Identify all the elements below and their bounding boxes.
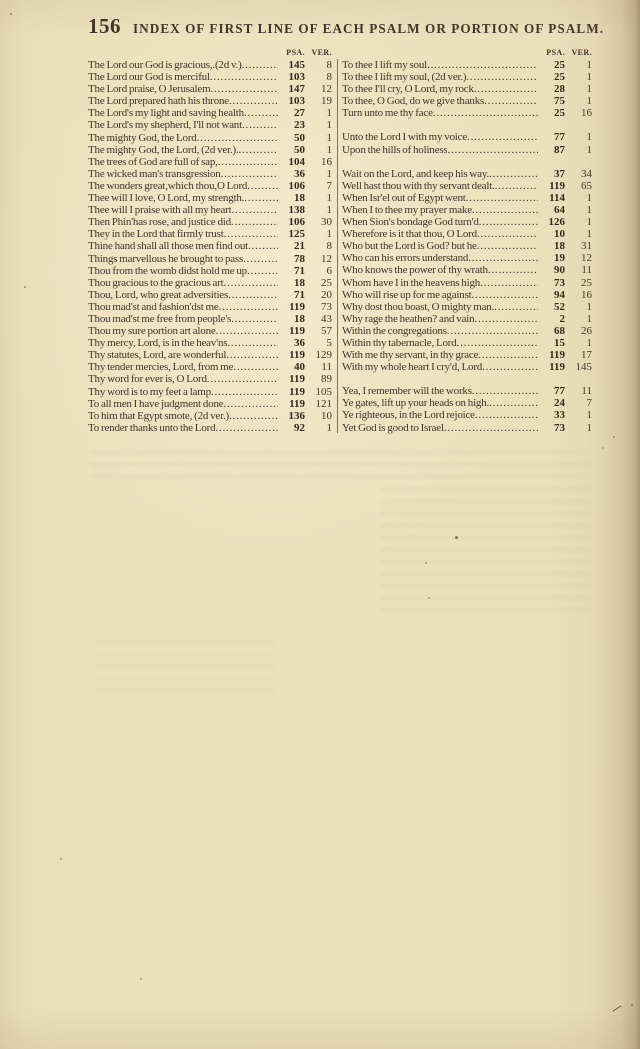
column-divider [337, 59, 338, 433]
entry-first-line: Wait on the Lord, and keep his way. [342, 168, 489, 180]
entry-first-line: Upon the hills of holiness [342, 144, 447, 156]
index-entry: When Sion's bondage God turn'd 126 1 [342, 216, 592, 228]
entry-first-line: To thee I lift my soul [342, 59, 427, 71]
psalm-number: 18 [278, 277, 305, 289]
verse-number: 11 [565, 385, 592, 397]
index-entry: To thee, O God, do we give thanks 75 1 [342, 95, 592, 107]
dot-leader [210, 83, 278, 95]
index-entry: Why rage the heathen? and vain 2 1 [342, 313, 592, 325]
column-header-left: PSA. VER. [88, 48, 332, 57]
psalm-number: 90 [538, 264, 565, 276]
psalm-number: 21 [278, 240, 305, 252]
entry-first-line: Within thy tabernacle, Lord [342, 337, 457, 349]
verse-number: 25 [565, 277, 592, 289]
index-entry: The Lord our God is gracious,.(2d v.) 14… [88, 59, 332, 71]
psalm-number: 94 [538, 289, 565, 301]
page-number: 156 [88, 14, 121, 39]
dot-leader [231, 204, 278, 216]
psalm-number: 37 [538, 168, 565, 180]
psalm-number: 119 [538, 349, 565, 361]
psalm-number: 119 [278, 373, 305, 385]
index-entry: Whom have I in the heavens high 73 25 [342, 277, 592, 289]
index-entry: The Lord our God is merciful 103 8 [88, 71, 332, 83]
index-entry: To all men I have judgment done 119 121 [88, 398, 332, 410]
index-entry: To thee I lift my soul 25 1 [342, 59, 592, 71]
entry-first-line: To thee I'll cry, O Lord, my rock [342, 83, 474, 95]
entry-first-line: Then Phin'has rose, and justice did [88, 216, 231, 228]
dot-leader [495, 180, 538, 192]
index-entry: Who but the Lord is God? but he 18 31 [342, 240, 592, 252]
verse-number: 34 [565, 168, 592, 180]
psalm-number: 25 [538, 107, 565, 119]
dot-leader [472, 204, 538, 216]
psalm-number: 125 [278, 228, 305, 240]
verse-number: 43 [305, 313, 332, 325]
psalm-number: 36 [278, 168, 305, 180]
paper-speck [428, 597, 430, 599]
entry-first-line: The wonders great,which thou,O Lord [88, 180, 247, 192]
psalm-number: 106 [278, 216, 305, 228]
dot-leader [223, 398, 278, 410]
dot-leader [229, 95, 278, 107]
index-entry: Ye gates, lift up your heads on high. 24… [342, 397, 592, 409]
entry-first-line: Things marvellous he brought to pass [88, 253, 243, 265]
index-entry: Thou, Lord, who great adversities 71 20 [88, 289, 332, 301]
verse-number: 16 [305, 156, 332, 168]
dot-leader [479, 216, 538, 228]
index-entry: Who will rise up for me against 94 16 [342, 289, 592, 301]
index-entry: Thine hand shall all those men find out … [88, 240, 332, 252]
index-entry: To him that Egypt smote, (2d ver.) 136 1… [88, 410, 332, 422]
entry-first-line: Thine hand shall all those men find out [88, 240, 248, 252]
entry-first-line: Ye righteous, in the Lord rejoice [342, 409, 475, 421]
verse-number: 89 [305, 373, 332, 385]
entry-group: The Lord our God is gracious,.(2d v.) 14… [88, 59, 332, 434]
dot-leader [482, 361, 538, 373]
paper-speck [631, 1004, 633, 1006]
entry-first-line: The wicked man's transgression [88, 168, 221, 180]
psalm-number: 73 [538, 422, 565, 434]
dot-leader [472, 289, 539, 301]
entry-first-line: The Lord praise, O Jerusalem [88, 83, 210, 95]
psalm-number: 119 [278, 349, 305, 361]
book-page: 156 INDEX OF FIRST LINE OF EACH PSALM OR… [0, 0, 640, 1049]
paper-scratch [612, 1005, 621, 1011]
psalm-number: 103 [278, 95, 305, 107]
index-entry: With me thy servant, in thy grace 119 17 [342, 349, 592, 361]
entry-first-line: When I to thee my prayer make [342, 204, 472, 216]
verse-number: 6 [305, 265, 332, 277]
psalm-number: 18 [278, 313, 305, 325]
dot-leader [427, 59, 538, 71]
dot-leader [480, 277, 538, 289]
dot-leader [466, 71, 538, 83]
dot-leader [474, 313, 538, 325]
entry-first-line: The Lord prepared hath his throne [88, 95, 229, 107]
verse-number: 1 [565, 228, 592, 240]
entry-first-line: Thy mercy, Lord, is in the heav'ns [88, 337, 227, 349]
entry-first-line: Thee will I praise with all my heart [88, 204, 231, 216]
verse-number: 12 [305, 253, 332, 265]
verse-number: 129 [305, 349, 332, 361]
entry-first-line: Thou from the womb didst hold me up [88, 265, 247, 277]
psalm-number: 23 [278, 119, 305, 131]
verse-number: 7 [305, 180, 332, 192]
entry-first-line: Who will rise up for me against [342, 289, 472, 301]
verse-number: 26 [565, 325, 592, 337]
psalm-column-label: PSA. [273, 48, 305, 57]
entry-first-line: When Sion's bondage God turn'd [342, 216, 479, 228]
dot-leader [242, 59, 278, 71]
index-entry: Within the congregations 68 26 [342, 325, 592, 337]
entry-first-line: Well hast thou with thy servant dealt. [342, 180, 495, 192]
index-entry: Well hast thou with thy servant dealt. 1… [342, 180, 592, 192]
entry-first-line: Why rage the heathen? and vain [342, 313, 474, 325]
index-entry: Thou gracious to the gracious art 18 25 [88, 277, 332, 289]
entry-first-line: Thee will I love, O Lord, my strength. [88, 192, 244, 204]
verse-number: 1 [565, 131, 592, 143]
verse-number: 1 [565, 301, 592, 313]
dot-leader [489, 168, 538, 180]
entry-group: Unto the Lord I with my voice 77 1 Upon … [342, 131, 592, 155]
entry-first-line: Thou gracious to the gracious art [88, 277, 224, 289]
entry-first-line: The mighty God, the Lord, (2d ver.). [88, 144, 239, 156]
ghost-text-bleed [95, 640, 275, 702]
dot-leader [218, 156, 278, 168]
index-entry: The Lord's my light and saving health 27… [88, 107, 332, 119]
entry-group: To thee I lift my soul 25 1 To thee I li… [342, 59, 592, 119]
verse-number: 145 [565, 361, 592, 373]
psalm-number: 24 [538, 397, 565, 409]
index-entry: Thy tender mercies, Lord, from me 40 11 [88, 361, 332, 373]
dot-leader [466, 192, 538, 204]
dot-leader [211, 386, 278, 398]
entry-first-line: To all men I have judgment done [88, 398, 223, 410]
entry-first-line: Thy statutes, Lord, are wonderful [88, 349, 226, 361]
verse-number: 1 [565, 59, 592, 71]
index-entry: Thee will I love, O Lord, my strength. 1… [88, 192, 332, 204]
dot-leader [244, 192, 278, 204]
index-entry: Unto the Lord I with my voice 77 1 [342, 131, 592, 143]
psalm-number: 25 [538, 59, 565, 71]
index-entry: The mighty God, the Lord, (2d ver.). 50 … [88, 144, 332, 156]
dot-leader [221, 168, 278, 180]
entry-first-line: Within the congregations [342, 325, 447, 337]
entry-first-line: The Lord's my shepherd, I'll not want [88, 119, 242, 131]
entry-first-line: Yea, I remember will the works [342, 385, 472, 397]
dot-leader [489, 397, 538, 409]
psalm-number: 92 [278, 422, 305, 434]
psalm-number: 119 [538, 180, 565, 192]
index-entry: Thee will I praise with all my heart 138… [88, 204, 332, 216]
page-title: INDEX OF FIRST LINE OF EACH PSALM OR POR… [133, 21, 604, 37]
psalm-number: 73 [538, 277, 565, 289]
index-entry: The Lord's my shepherd, I'll not want 23… [88, 119, 332, 131]
psalm-number: 119 [278, 398, 305, 410]
index-entry: To render thanks unto the Lord 92 1 [88, 422, 332, 434]
verse-number: 1 [305, 107, 332, 119]
index-entry: Within thy tabernacle, Lord 15 1 [342, 337, 592, 349]
verse-number: 1 [305, 204, 332, 216]
psalm-number: 145 [278, 59, 305, 71]
entry-first-line: Who can his errors understand [342, 252, 468, 264]
dot-leader [243, 253, 278, 265]
psalm-number: 19 [538, 252, 565, 264]
dot-leader [444, 422, 538, 434]
index-entry: Yet God is good to Israel 73 1 [342, 422, 592, 434]
verse-number: 1 [565, 192, 592, 204]
entry-first-line: To render thanks unto the Lord [88, 422, 215, 434]
index-entry: Wherefore is it that thou, O Lord 10 1 [342, 228, 592, 240]
dot-leader [216, 325, 278, 337]
dot-leader [197, 132, 278, 144]
verse-number: 16 [565, 107, 592, 119]
index-entry: They in the Lord that firmly trust 125 1 [88, 228, 332, 240]
dot-leader [247, 180, 278, 192]
dot-leader [228, 289, 278, 301]
psalm-number: 147 [278, 83, 305, 95]
dot-leader [477, 240, 538, 252]
entry-first-line: With me thy servant, in thy grace [342, 349, 478, 361]
index-entry: Why dost thou boast, O mighty man. 52 1 [342, 301, 592, 313]
dot-leader [472, 385, 538, 397]
verse-number: 1 [305, 119, 332, 131]
psalm-number: 106 [278, 180, 305, 192]
dot-leader [207, 373, 278, 385]
index-entry: Thy statutes, Lord, are wonderful 119 12… [88, 349, 332, 361]
psalm-number: 138 [278, 204, 305, 216]
verse-number: 7 [565, 397, 592, 409]
verse-number: 1 [565, 337, 592, 349]
entry-first-line: Who knows the power of thy wrath [342, 264, 488, 276]
entry-first-line: Thou mad'st and fashion'dst me [88, 301, 219, 313]
index-entry: Then Phin'has rose, and justice did 106 … [88, 216, 332, 228]
dot-leader [247, 265, 278, 277]
paper-speck [455, 536, 458, 539]
verse-number: 20 [305, 289, 332, 301]
entry-first-line: The Lord's my light and saving health [88, 107, 244, 119]
verse-number: 1 [565, 204, 592, 216]
psalm-number: 50 [278, 132, 305, 144]
verse-number: 1 [565, 144, 592, 156]
dot-leader [231, 216, 278, 228]
verse-number: 57 [305, 325, 332, 337]
dot-leader [231, 313, 278, 325]
paper-speck [425, 562, 427, 564]
psalm-number: 64 [538, 204, 565, 216]
index-column-right: PSA. VER. To thee I lift my soul 25 1 To… [342, 48, 592, 434]
verse-number: 1 [305, 168, 332, 180]
index-entry: The trees of God are full of sap, 104 16 [88, 156, 332, 168]
psalm-column-label: PSA. [533, 48, 565, 57]
index-entry: Who can his errors understand 19 12 [342, 252, 592, 264]
index-entry: When Isr'el out of Egypt went 114 1 [342, 192, 592, 204]
index-entry: Thy word is to my feet a lamp 119 105 [88, 386, 332, 398]
psalm-number: 50 [278, 144, 305, 156]
verse-number: 1 [305, 422, 332, 434]
dot-leader [226, 349, 278, 361]
verse-number: 25 [305, 277, 332, 289]
index-entry: With my whole heart I cry'd, Lord 119 14… [342, 361, 592, 373]
index-entry: To thee I lift my soul, (2d ver.) 25 1 [342, 71, 592, 83]
dot-leader [239, 144, 279, 156]
psalm-number: 77 [538, 131, 565, 143]
entry-first-line: To thee, O God, do we give thanks [342, 95, 484, 107]
psalm-number: 104 [278, 156, 305, 168]
verse-number: 1 [305, 132, 332, 144]
index-entry: Yea, I remember will the works 77 11 [342, 385, 592, 397]
verse-number: 10 [305, 410, 332, 422]
verse-number: 1 [305, 144, 332, 156]
dot-leader [478, 349, 538, 361]
entry-first-line: Whom have I in the heavens high [342, 277, 480, 289]
entry-first-line: Thy word is to my feet a lamp [88, 386, 211, 398]
verse-number: 1 [565, 71, 592, 83]
psalm-number: 136 [278, 410, 305, 422]
verse-number: 1 [565, 409, 592, 421]
index-entry: The wonders great,which thou,O Lord 106 … [88, 180, 332, 192]
index-entry: The Lord prepared hath his throne 103 19 [88, 95, 332, 107]
verse-number: 16 [565, 289, 592, 301]
index-entry: Thou mad'st and fashion'dst me 119 73 [88, 301, 332, 313]
psalm-number: 27 [278, 107, 305, 119]
verse-number: 12 [305, 83, 332, 95]
entry-group: Yea, I remember will the works 77 11 Ye … [342, 385, 592, 433]
dot-leader [244, 107, 278, 119]
psalm-number: 75 [538, 95, 565, 107]
psalm-number: 78 [278, 253, 305, 265]
dot-leader [229, 410, 278, 422]
psalm-number: 52 [538, 301, 565, 313]
index-entry: Turn unto me thy face 25 16 [342, 107, 592, 119]
dot-leader [233, 361, 278, 373]
ghost-text-bleed [380, 487, 592, 619]
entry-first-line: Unto the Lord I with my voice [342, 131, 467, 143]
index-entry: Thou my sure portion art alone 119 57 [88, 325, 332, 337]
psalm-number: 10 [538, 228, 565, 240]
dot-leader [219, 301, 278, 313]
entry-first-line: To thee I lift my soul, (2d ver.) [342, 71, 466, 83]
psalm-number: 71 [278, 289, 305, 301]
entry-first-line: The trees of God are full of sap, [88, 156, 218, 168]
verse-number: 65 [565, 180, 592, 192]
paper-speck [60, 858, 62, 860]
dot-leader [477, 228, 538, 240]
verse-number: 17 [565, 349, 592, 361]
verse-number: 11 [305, 361, 332, 373]
verse-number: 1 [305, 228, 332, 240]
verse-number: 8 [305, 59, 332, 71]
verse-number: 31 [565, 240, 592, 252]
entry-first-line: Thou mad'st me free from people's [88, 313, 231, 325]
verse-number: 1 [565, 216, 592, 228]
entry-first-line: Turn unto me thy face [342, 107, 433, 119]
entry-first-line: Thou my sure portion art alone [88, 325, 216, 337]
psalm-number: 28 [538, 83, 565, 95]
verse-number: 8 [305, 240, 332, 252]
dot-leader [227, 337, 278, 349]
entry-first-line: They in the Lord that firmly trust [88, 228, 224, 240]
entry-first-line: With my whole heart I cry'd, Lord [342, 361, 482, 373]
entry-first-line: Yet God is good to Israel [342, 422, 444, 434]
dot-leader [224, 228, 278, 240]
index-entry: The mighty God, the Lord 50 1 [88, 132, 332, 144]
psalm-number: 68 [538, 325, 565, 337]
psalm-number: 114 [538, 192, 565, 204]
index-entry: The Lord praise, O Jerusalem 147 12 [88, 83, 332, 95]
entry-first-line: Wherefore is it that thou, O Lord [342, 228, 477, 240]
entry-first-line: Thou, Lord, who great adversities [88, 289, 228, 301]
dot-leader [488, 264, 538, 276]
page-content: 156 INDEX OF FIRST LINE OF EACH PSALM OR… [0, 0, 640, 434]
entry-first-line: The mighty God, the Lord [88, 132, 197, 144]
verse-number: 12 [565, 252, 592, 264]
dot-leader [224, 277, 279, 289]
psalm-number: 71 [278, 265, 305, 277]
paper-speck [602, 447, 604, 449]
index-entry: Wait on the Lord, and keep his way. 37 3… [342, 168, 592, 180]
psalm-number: 119 [278, 301, 305, 313]
dot-leader [494, 301, 538, 313]
index-columns: PSA. VER. The Lord our God is gracious,.… [88, 48, 592, 434]
psalm-number: 18 [278, 192, 305, 204]
dot-leader [215, 422, 278, 434]
entry-first-line: To him that Egypt smote, (2d ver.) [88, 410, 229, 422]
index-entry: Thou from the womb didst hold me up 71 6 [88, 265, 332, 277]
index-entry: Thy mercy, Lord, is in the heav'ns 36 5 [88, 337, 332, 349]
verse-number: 5 [305, 337, 332, 349]
dot-leader [447, 144, 538, 156]
psalm-number: 2 [538, 313, 565, 325]
column-header-right: PSA. VER. [342, 48, 592, 57]
dot-leader [467, 131, 538, 143]
dot-leader [433, 107, 538, 119]
index-entry: To thee I'll cry, O Lord, my rock 28 1 [342, 83, 592, 95]
index-entry: Thou mad'st me free from people's 18 43 [88, 313, 332, 325]
dot-leader [457, 337, 538, 349]
psalm-number: 126 [538, 216, 565, 228]
psalm-number: 77 [538, 385, 565, 397]
ghost-text-bleed [90, 450, 590, 484]
psalm-number: 25 [538, 71, 565, 83]
entry-first-line: Ye gates, lift up your heads on high. [342, 397, 489, 409]
entry-group: Wait on the Lord, and keep his way. 37 3… [342, 168, 592, 374]
psalm-number: 36 [278, 337, 305, 349]
verse-number: 1 [305, 192, 332, 204]
psalm-number: 87 [538, 144, 565, 156]
dot-leader [447, 325, 538, 337]
verse-number: 1 [565, 95, 592, 107]
verse-column-label: VER. [305, 48, 332, 57]
verse-column-label: VER. [565, 48, 592, 57]
psalm-number: 103 [278, 71, 305, 83]
psalm-number: 119 [538, 361, 565, 373]
verse-number: 1 [565, 313, 592, 325]
index-column-left: PSA. VER. The Lord our God is gracious,.… [88, 48, 332, 434]
psalm-number: 119 [278, 325, 305, 337]
entry-first-line: The Lord our God is gracious,.(2d v.) [88, 59, 242, 71]
psalm-number: 18 [538, 240, 565, 252]
entry-first-line: The Lord our God is merciful [88, 71, 210, 83]
psalm-number: 119 [278, 386, 305, 398]
verse-number: 19 [305, 95, 332, 107]
verse-number: 1 [565, 422, 592, 434]
entry-first-line: Who but the Lord is God? but he [342, 240, 477, 252]
index-entry: Thy word for ever is, O Lord 119 89 [88, 373, 332, 385]
paper-speck [140, 978, 142, 980]
psalm-number: 15 [538, 337, 565, 349]
index-entry: Who knows the power of thy wrath 90 11 [342, 264, 592, 276]
